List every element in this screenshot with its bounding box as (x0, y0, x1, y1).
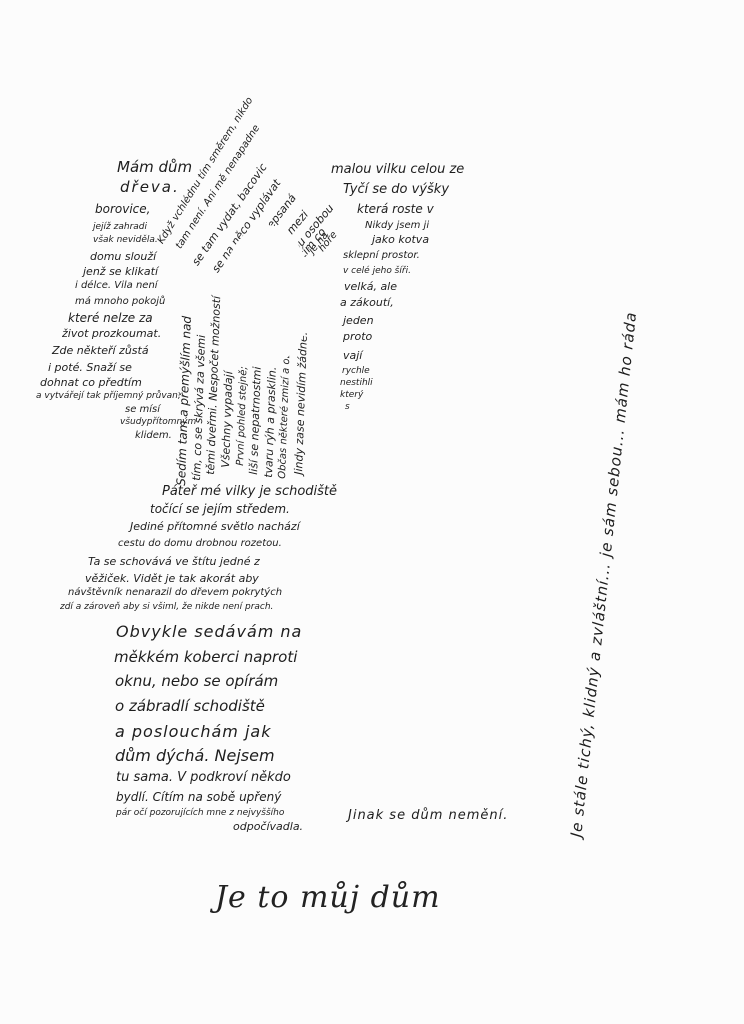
paper-page: Mám dům dřeva. borovice, jejíž zahradi v… (0, 0, 744, 1024)
text-line: dohnat co předtím (40, 376, 142, 389)
text-line: Mám dům (117, 158, 192, 176)
text-line: návštěvník nenarazil do dřevem pokrytých (68, 587, 282, 598)
text-line: jenž se klikatí (83, 265, 158, 278)
text-line: věžiček. Vidět je tak akorát aby (85, 572, 259, 585)
text-line: jejíž zahradi (93, 222, 147, 232)
text-line: Páteř mé vilky je schodiště (162, 484, 337, 499)
text-line: odpočívadla. (233, 820, 303, 833)
text-line: Ta se schovává ve štítu jedné z (88, 555, 260, 568)
text-line: která roste v (357, 202, 434, 216)
text-line: Jediné přítomné světlo nachází (130, 520, 300, 533)
text-line: oknu, nebo se opírám (115, 672, 278, 690)
text-line: a poslouchám jak (115, 722, 271, 741)
text-line: bydlí. Cítím na sobě upřený (116, 790, 281, 804)
text-line: Zde někteří zůstá (52, 344, 149, 357)
text-line: dřeva. (120, 178, 180, 196)
text-line: Všechny vypadají (219, 371, 235, 468)
text-line: jeden (343, 314, 374, 327)
text-line: Tyčí se do výšky (343, 182, 449, 197)
text-line: život prozkoumat. (62, 327, 161, 340)
text-line: tu sama. V podkroví někdo (116, 770, 291, 785)
text-line: dům dýchá. Nejsem (115, 746, 275, 765)
poem-title: Je to můj dům (215, 880, 441, 915)
text-line: borovice, (95, 202, 150, 216)
text-line: jako kotva (372, 233, 429, 246)
text-line: i délce. Vila není (75, 280, 158, 291)
text-line: má mnoho pokojů (75, 296, 165, 307)
arc-text: Je stále tichý, klidný a zvláštní... je … (567, 311, 640, 838)
text-line: malou vilku celou ze (331, 162, 464, 177)
text-line: o zábradlí schodiště (115, 697, 265, 715)
text-line: i poté. Snaží se (48, 361, 132, 374)
bottom-line: Jinak se dům nemění. (348, 808, 508, 823)
text-line: liší se nepatrnostmi (247, 366, 264, 475)
text-line: domu slouží (90, 250, 156, 263)
text-line: tvaru rýh a prasklin. (262, 366, 279, 478)
text-line: a zákoutí, (340, 296, 394, 309)
text-line: cestu do domu drobnou rozetou. (118, 538, 282, 549)
text-line: měkkém koberci naproti (114, 648, 297, 666)
text-line: nestihli (340, 378, 373, 388)
text-line: pár očí pozorujících mne z nejvyššího (116, 808, 284, 818)
text-line: Jindy zase nevidím žádné. (292, 332, 310, 475)
text-line: vají (343, 349, 362, 362)
text-line: který (340, 390, 363, 400)
text-line: velká, ale (344, 280, 397, 293)
text-line: Nikdy jsem ji (365, 220, 429, 231)
rose-window-hole (222, 225, 312, 365)
text-line: klidem. (135, 430, 172, 441)
text-line: v celé jeho šíři. (343, 266, 411, 276)
text-line: však neviděla. (93, 235, 158, 245)
text-line: rychle (342, 366, 370, 376)
text-line: točící se jejím středem. (150, 502, 290, 516)
text-line: proto (343, 330, 372, 343)
text-line: a vytvářejí tak příjemný průvan, (36, 391, 181, 401)
text-line: sklepní prostor. (343, 250, 420, 261)
text-line: Obvykle sedávám na (116, 622, 302, 641)
text-line: zdí a zároveň aby si všiml, že nikde nen… (60, 602, 273, 612)
text-line: s (345, 402, 350, 412)
text-line: které nelze za (68, 311, 153, 325)
text-line: se mísí (125, 404, 160, 415)
